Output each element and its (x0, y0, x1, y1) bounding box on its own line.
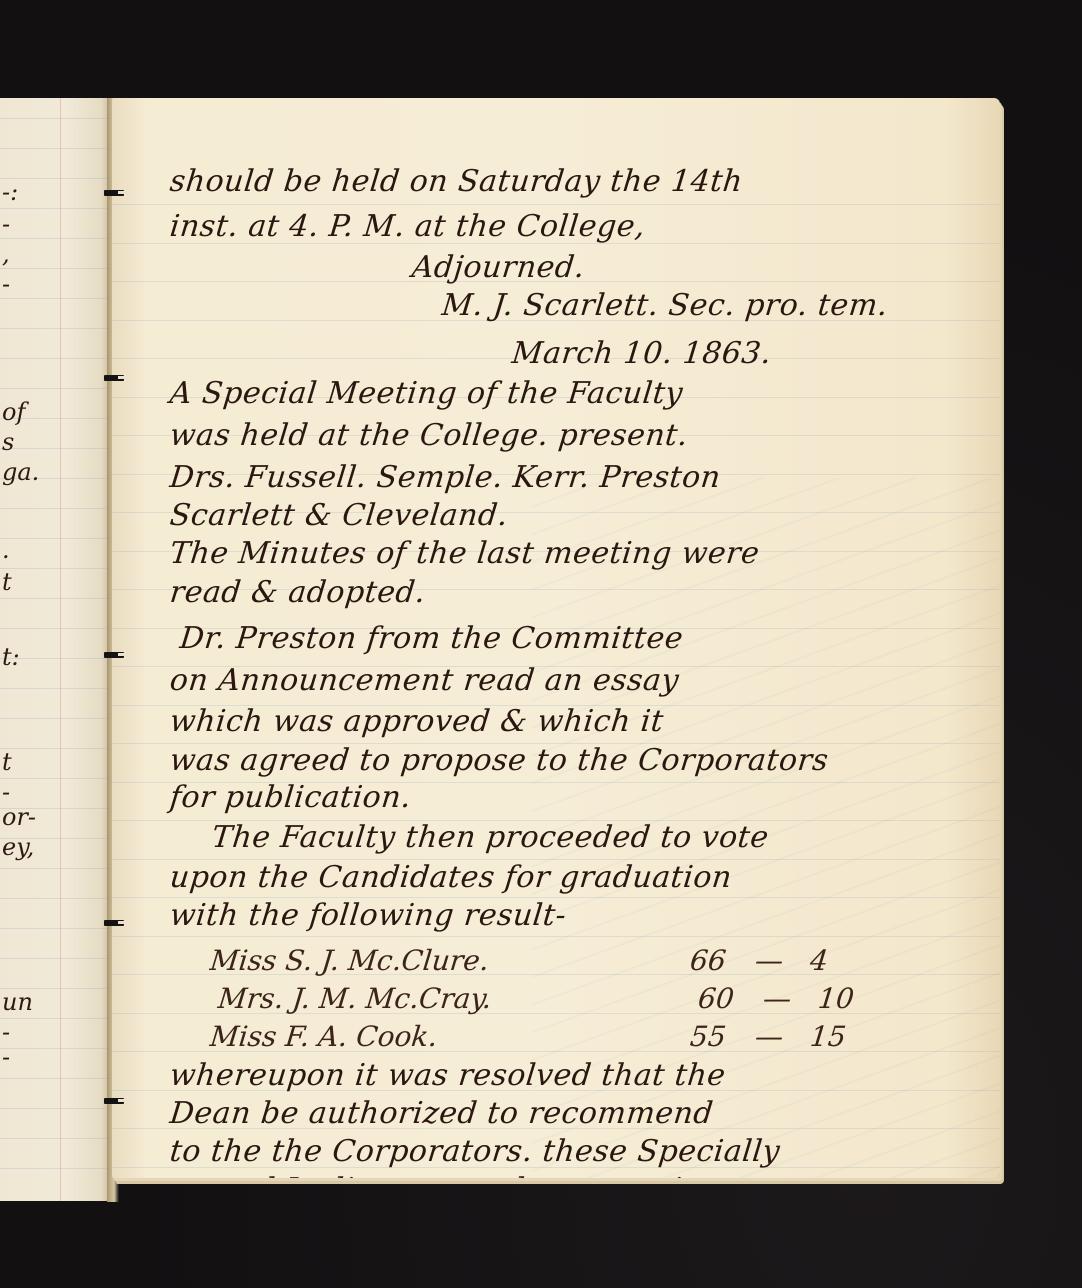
dash: — (762, 982, 793, 1015)
votes-for: 60 (697, 982, 736, 1015)
votes-against: 10 (817, 982, 856, 1015)
votes-for: 66 (689, 944, 728, 977)
dash: — (754, 1020, 785, 1053)
dash: — (754, 944, 785, 977)
text-line: The Faculty then proceeded to vote (210, 820, 770, 855)
text-line: Scarlett & Cleveland. (168, 498, 510, 533)
text-line: inst. at 4. P. M. at the College, (168, 209, 647, 244)
left-page-text-fragment: un (2, 988, 33, 1016)
ruled-line (0, 298, 110, 299)
right-page: should be held on Saturday the 14th inst… (112, 98, 1000, 1178)
left-page-text-fragment: - (2, 1018, 10, 1046)
ruled-line (0, 328, 110, 329)
binding-stitch (104, 652, 124, 658)
margin-line (60, 98, 61, 1201)
left-page-text-fragment: - (2, 1043, 10, 1071)
ruled-line (0, 1138, 110, 1139)
ruled-line (0, 118, 110, 119)
ruled-line (0, 1108, 110, 1109)
ruled-line (0, 388, 110, 389)
signature-line: M. J. Scarlett. Sec. pro. tem. (440, 288, 889, 323)
left-page: -:-,-ofsga..tt:t-or-ey,un-- (0, 98, 110, 1201)
text-line: was agreed to propose to the Corporators (168, 743, 830, 778)
text-line: The Minutes of the last meeting were (168, 536, 761, 571)
ruled-line (112, 204, 1000, 205)
ruled-line (0, 448, 110, 449)
votes-against: 15 (809, 1020, 848, 1053)
ruled-line (0, 958, 110, 959)
ruled-line (0, 748, 110, 749)
text-line: for publication. (168, 780, 413, 815)
left-page-text-fragment: , (2, 240, 10, 268)
left-page-text-fragment: t (2, 568, 12, 596)
ruled-line (0, 148, 110, 149)
ruled-line (0, 1168, 110, 1169)
text-line: was held at the College. present. (168, 418, 690, 453)
votes-for: 55 (689, 1020, 728, 1053)
ruled-line (0, 208, 110, 209)
text-line: A Special Meeting of the Faculty (168, 376, 685, 411)
left-page-text-fragment: -: (2, 178, 18, 206)
text-line: should be held on Saturday the 14th (168, 164, 744, 199)
text-line: upon the Candidates for graduation (168, 860, 734, 895)
votes-against: 4 (809, 944, 830, 977)
candidate-name: Miss S. J. Mc.Clure. (209, 944, 491, 977)
text-line: which was approved & which it (168, 704, 665, 739)
ruled-line (0, 1078, 110, 1079)
ruled-line (0, 628, 110, 629)
ruled-line (0, 358, 110, 359)
left-page-text-fragment: - (2, 778, 10, 806)
text-line: to the the Corporators. these Specially (168, 1134, 782, 1169)
left-page-text-fragment: . (2, 536, 10, 564)
left-page-text-fragment: ey, (2, 833, 34, 861)
left-page-text-fragment: of (2, 398, 25, 426)
adjourned-line: Adjourned. (410, 250, 586, 285)
ruled-line (0, 718, 110, 719)
binding-stitch (104, 190, 124, 196)
ruled-line (0, 268, 110, 269)
binding-stitch (104, 375, 124, 381)
text-line: Dr. Preston from the Committee (178, 621, 685, 656)
candidate-name: Mrs. J. M. Mc.Cray. (217, 982, 494, 1015)
text-line: with the following result- (168, 898, 568, 933)
ruled-line (0, 868, 110, 869)
left-page-text-fragment: or- (2, 803, 36, 831)
ruled-line (0, 928, 110, 929)
left-page-text-fragment: t (2, 748, 12, 776)
ruled-line (0, 598, 110, 599)
text-line: named Ladies as worthy to receive (168, 1172, 719, 1178)
ruled-line (0, 1018, 110, 1019)
left-page-text-fragment: - (2, 210, 10, 238)
left-page-text-fragment: t: (2, 643, 20, 671)
date-heading: March 10. 1863. (510, 336, 773, 371)
binding-stitch (104, 920, 124, 926)
text-line: on Announcement read an essay (168, 663, 681, 698)
ruled-line (0, 538, 110, 539)
ruled-line (0, 568, 110, 569)
ruled-line (0, 778, 110, 779)
text-line: Dean be authorized to recommend (168, 1096, 715, 1131)
text-line: Drs. Fussell. Semple. Kerr. Preston (168, 460, 722, 495)
text-line: whereupon it was resolved that the (168, 1058, 727, 1093)
binding-stitch (104, 1098, 124, 1104)
candidate-name: Miss F. A. Cook. (209, 1020, 440, 1053)
ruled-line (0, 688, 110, 689)
left-page-text-fragment: s (2, 428, 14, 456)
ruled-line (0, 1048, 110, 1049)
ruled-line (0, 508, 110, 509)
left-page-text-fragment: - (2, 270, 10, 298)
ruled-line (0, 238, 110, 239)
text-line: read & adopted. (168, 575, 427, 610)
ruled-line (0, 898, 110, 899)
left-page-text-fragment: ga. (2, 458, 39, 486)
